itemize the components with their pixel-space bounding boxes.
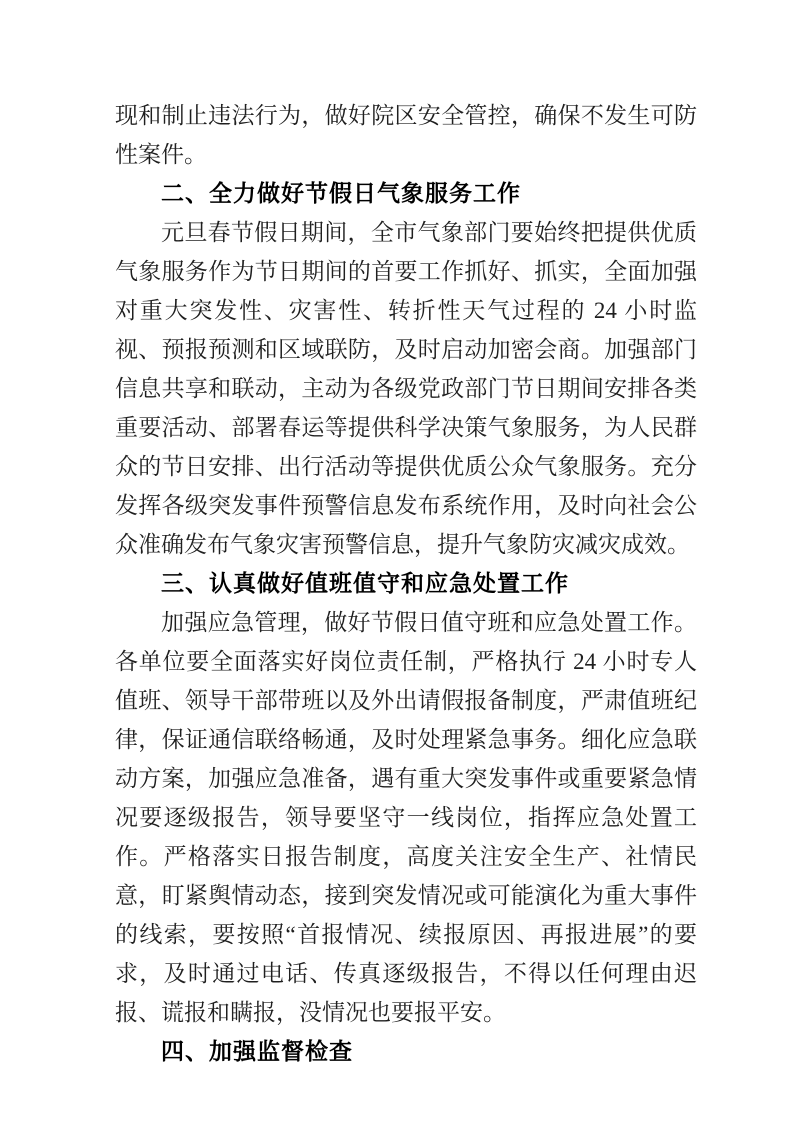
paragraph-security-continuation: 现和制止违法行为，做好院区安全管控，确保不发生可防性案件。 bbox=[115, 96, 697, 174]
section-heading-2-weather-service: 二、全力做好节假日气象服务工作 bbox=[115, 174, 697, 213]
document-content: 现和制止违法行为，做好院区安全管控，确保不发生可防性案件。 二、全力做好节假日气… bbox=[115, 96, 697, 1071]
paragraph-weather-service: 元旦春节假日期间，全市气象部门要始终把提供优质气象服务作为节日期间的首要工作抓好… bbox=[115, 213, 697, 564]
section-heading-4-supervision: 四、加强监督检查 bbox=[115, 1032, 697, 1071]
section-heading-3-duty-emergency: 三、认真做好值班值守和应急处置工作 bbox=[115, 564, 697, 603]
document-page: 现和制止违法行为，做好院区安全管控，确保不发生可防性案件。 二、全力做好节假日气… bbox=[0, 0, 793, 1122]
paragraph-duty-emergency: 加强应急管理，做好节假日值守班和应急处置工作。各单位要全面落实好岗位责任制，严格… bbox=[115, 603, 697, 1032]
